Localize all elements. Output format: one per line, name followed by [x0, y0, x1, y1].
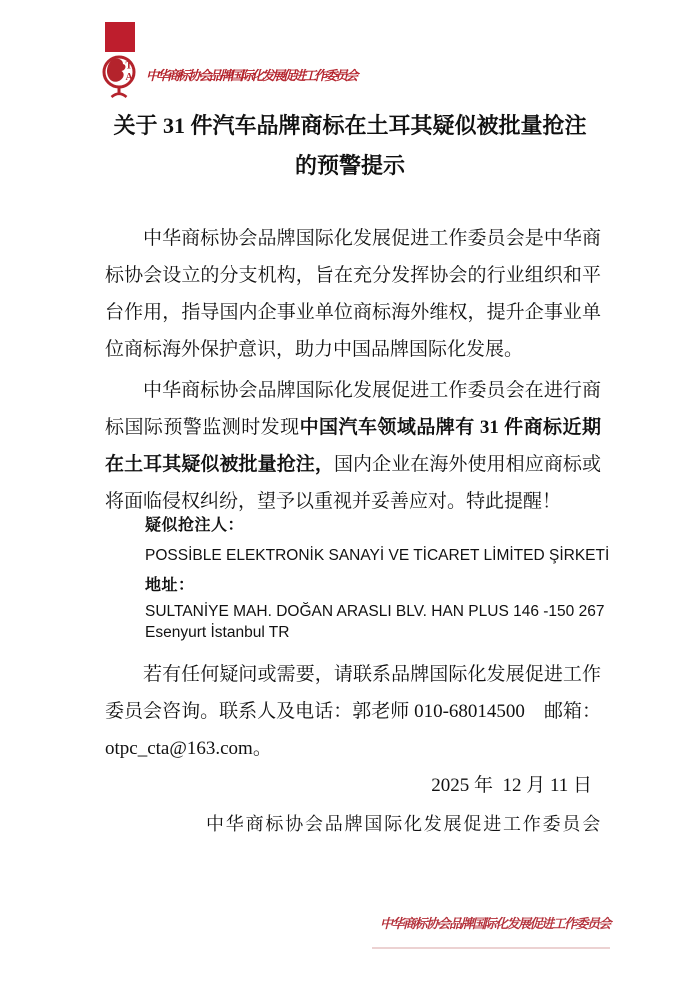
title-line-2: 的预警提示: [0, 146, 700, 186]
logo-letter-a: A: [126, 72, 134, 83]
org-logo-text: 中华商标协会品牌国际化发展促进工作委员会: [146, 65, 356, 84]
document-title: 关于 31 件汽车品牌商标在土耳其疑似被批量抢注 的预警提示: [0, 106, 700, 186]
paragraph-intro: 中华商标协会品牌国际化发展促进工作委员会是中华商标协会设立的分支机构，旨在充分发…: [105, 220, 601, 368]
squatter-info-block: 疑似抢注人： POSSİBLE ELEKTRONİK SANAYİ VE TİC…: [145, 511, 620, 643]
date-line: 2025 年 12 月 11 日: [431, 770, 592, 797]
org-logo: T A 中华商标协会品牌国际化发展促进工作委员会: [100, 54, 356, 100]
footer-divider: [372, 947, 610, 949]
red-square-mark: [105, 22, 135, 52]
squatter-label: 疑似抢注人：: [145, 511, 620, 541]
address-line-1: SULTANİYE MAH. DOĞAN ARASLI BLV. HAN PLU…: [145, 601, 620, 622]
contact-email: otpc_cta@163.com。: [105, 738, 272, 759]
contact-phone: 010-68014500: [414, 701, 525, 722]
contact-text-mid: 邮箱：: [525, 701, 601, 722]
title-line-1: 关于 31 件汽车品牌商标在土耳其疑似被批量抢注: [0, 106, 700, 146]
cta-globe-logo-icon: T A: [100, 54, 144, 100]
address-line-2: Esenyurt İstanbul TR: [145, 622, 620, 643]
signature-org: 中华商标协会品牌国际化发展促进工作委员会: [206, 810, 602, 836]
document-page: T A 中华商标协会品牌国际化发展促进工作委员会 关于 31 件汽车品牌商标在土…: [0, 0, 700, 989]
address-label: 地址：: [145, 571, 620, 601]
footer-org-text: 中华商标协会品牌国际化发展促进工作委员会: [380, 913, 610, 932]
logo-letter-t: T: [126, 61, 133, 72]
squatter-name: POSSİBLE ELEKTRONİK SANAYİ VE TİCARET Lİ…: [145, 541, 620, 571]
paragraph-contact: 若有任何疑问或需要，请联系品牌国际化发展促进工作委员会咨询。联系人及电话：郭老师…: [105, 656, 601, 767]
paragraph-warning: 中华商标协会品牌国际化发展促进工作委员会在进行商标国际预警监测时发现中国汽车领域…: [105, 372, 601, 520]
